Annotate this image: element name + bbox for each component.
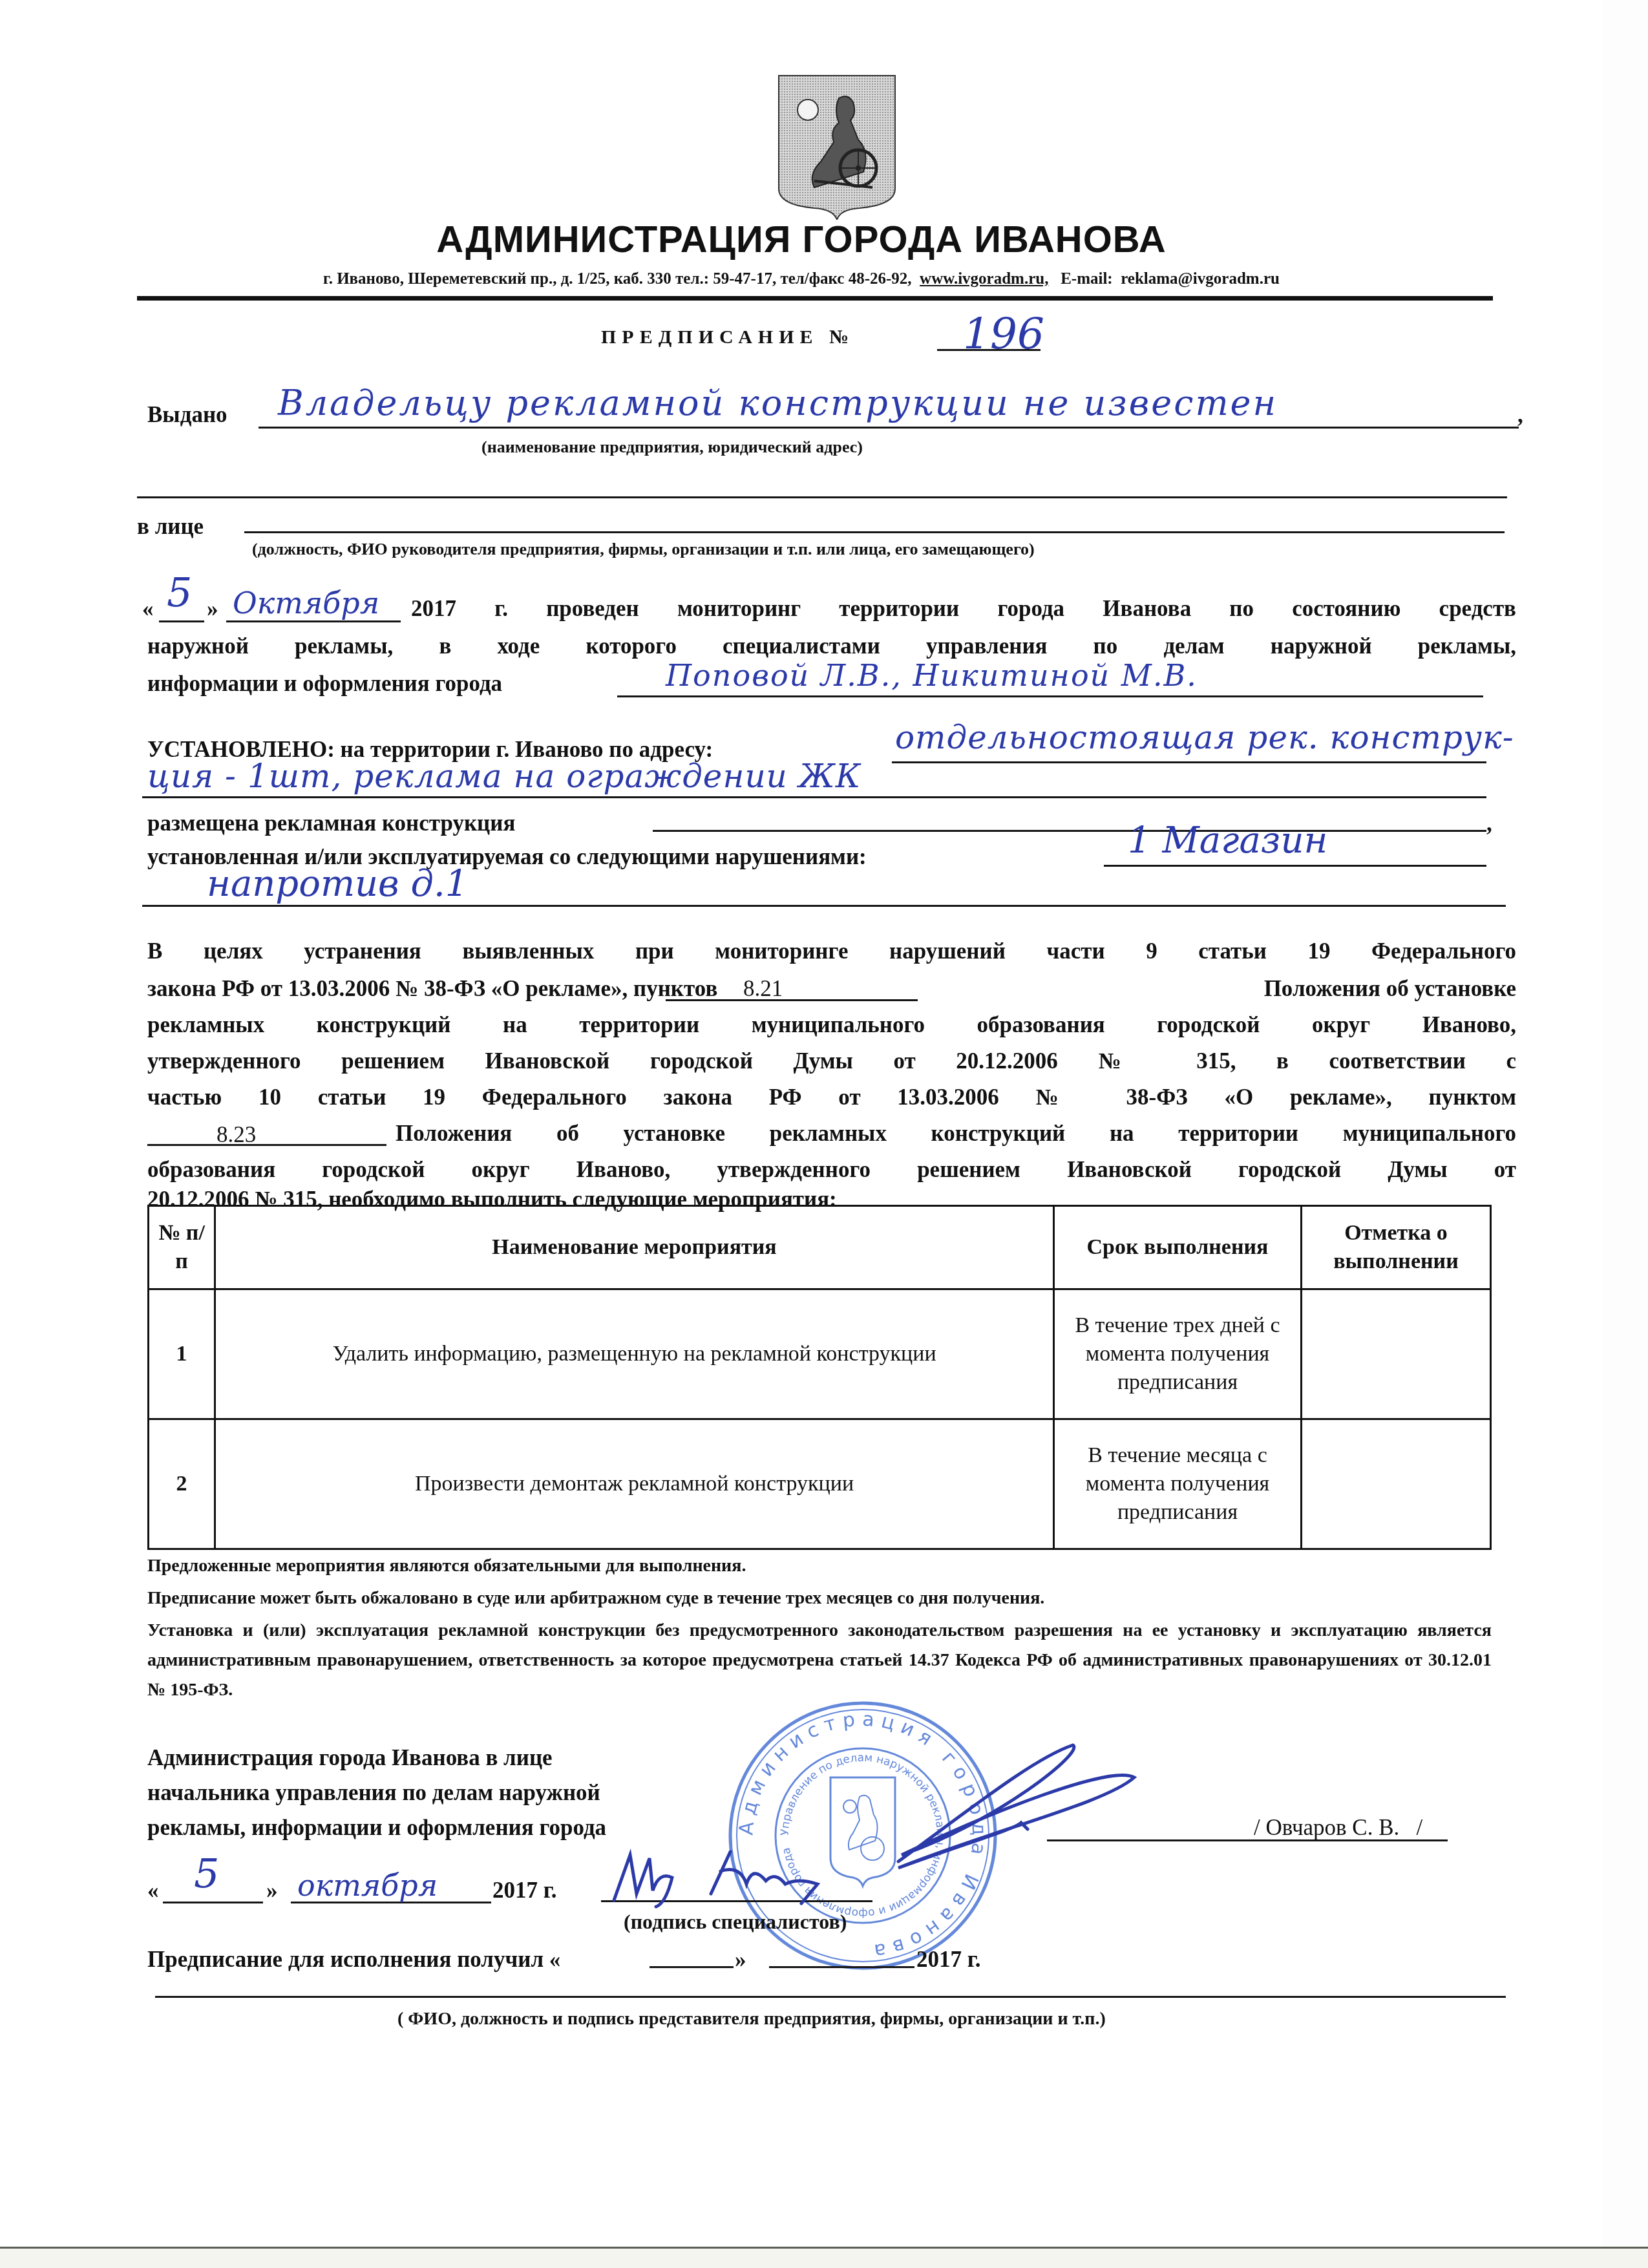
address-line-2 (142, 796, 1486, 798)
spec-month: октября (297, 1868, 438, 1903)
table-header-row: № п/п Наименование мероприятия Срок выпо… (149, 1206, 1491, 1289)
legal-line2a: закона РФ от 13.03.2006 № 38-ФЗ «О рекла… (147, 976, 717, 1002)
spec-day: 5 (194, 1850, 219, 1897)
legal-line7: образования городской округ Иваново, утв… (147, 1157, 1516, 1183)
violations-line-1 (1104, 865, 1486, 867)
website-link[interactable]: www.ivgoradm.ru, (920, 270, 1048, 288)
legal-line4: утвержденного решением Ивановской городс… (147, 1048, 1516, 1074)
note-appeal: Предписание может быть обжаловано в суде… (147, 1584, 1492, 1613)
header-completion-mark: Отметка о выполнении (1302, 1206, 1491, 1289)
signatory-line1: Администрация города Иванова в лице (147, 1745, 553, 1771)
issued-to-caption: (наименование предприятия, юридический а… (481, 438, 863, 457)
received-label: Предписание для исполнения получил « (147, 1947, 560, 1973)
header-number: № п/п (149, 1206, 215, 1289)
monitoring-day-line (159, 620, 204, 622)
note-liability: Установка и (или) эксплуатация рекламной… (147, 1616, 1492, 1705)
monitoring-line2: наружной рекламы, в ходе которого специа… (147, 633, 1516, 659)
signatory-line2: начальника управления по делам наружной (147, 1780, 600, 1806)
legal-line1: В целях устранения выявленных при монито… (147, 938, 1516, 964)
monitoring-month-line (226, 620, 401, 622)
row-completion-mark (1302, 1289, 1491, 1419)
note-mandatory: Предложенные мероприятия являются обязат… (147, 1551, 1492, 1581)
coat-of-arms-icon (776, 72, 898, 220)
legal-line2b: Положения об установке (925, 976, 1516, 1002)
received-month-line (769, 1966, 914, 1968)
spec-signature-caption: (подпись специалистов) (624, 1910, 847, 1934)
clause1-value: 8.21 (743, 976, 783, 1002)
row-number: 1 (149, 1289, 215, 1419)
header-deadline: Срок выполнения (1054, 1206, 1302, 1289)
document-page: АДМИНИСТРАЦИЯ ГОРОДА ИВАНОВА г. Иваново,… (0, 0, 1603, 2247)
issued-to-label: Выдано (147, 402, 227, 428)
signatory-line3: рекламы, информации и оформления города (147, 1815, 606, 1841)
violations-line-2 (142, 905, 1506, 907)
header-divider (137, 296, 1493, 301)
monitoring-day: 5 (167, 569, 192, 616)
spec-year: 2017 г. (492, 1878, 556, 1903)
row-action: Произвести демонтаж рекламной конструкци… (215, 1419, 1054, 1549)
monitoring-line3: информации и оформления города (147, 671, 502, 697)
issued-to-value: Владельцу рекламной конструкции не извес… (278, 383, 1278, 423)
measures-table: № п/п Наименование мероприятия Срок выпо… (147, 1205, 1492, 1550)
represented-by-label: в лице (137, 514, 204, 540)
table-row: 1 Удалить информацию, размещенную на рек… (149, 1289, 1491, 1419)
spec-close-quote: » (266, 1878, 278, 1903)
table-row: 2 Произвести демонтаж рекламной конструк… (149, 1419, 1491, 1549)
row-action: Удалить информацию, размещенную на рекла… (215, 1289, 1054, 1419)
specialists-line (617, 695, 1483, 697)
email-link[interactable]: reklama@ivgoradm.ru (1121, 270, 1280, 288)
specialists-names: Поповой Л.В., Никитиной М.В. (666, 658, 1198, 693)
email-label: E-mail: (1061, 270, 1113, 288)
contact-address: г. Иваново, Шереметевский пр., д. 1/25, … (323, 270, 912, 288)
signatory-name: / Овчаров С. В. / (1254, 1815, 1422, 1841)
issued-to-comma: , (1517, 402, 1523, 428)
spec-day-line (163, 1902, 263, 1903)
legal-line6: Положения об установке рекламных констру… (396, 1121, 1516, 1147)
row-number: 2 (149, 1419, 215, 1549)
spec-open-quote: « (147, 1878, 159, 1903)
placed-label: размещена рекламная конструкция (147, 811, 515, 836)
header-action: Наименование мероприятия (215, 1206, 1054, 1289)
address-value-1: отдельностоящая рек. конструк- (895, 719, 1514, 756)
legal-line5: частью 10 статьи 19 Федерального закона … (147, 1085, 1516, 1110)
specialists-signature-icon (601, 1842, 879, 1913)
legal-line3: рекламных конструкций на территории муни… (147, 1012, 1516, 1038)
violations-value-2: напротив д.1 (207, 863, 468, 905)
contact-line: г. Иваново, Шереметевский пр., д. 1/25, … (0, 270, 1603, 288)
notes-section: Предложенные мероприятия являются обязат… (147, 1551, 1492, 1708)
address-line-1 (892, 761, 1486, 763)
row-deadline: В течение трех дней с момента получения … (1054, 1289, 1302, 1419)
document-title: ПРЕДПИСАНИЕ № (601, 326, 854, 348)
clause2-value: 8.23 (217, 1122, 256, 1148)
represented-by-caption: (должность, ФИО руководителя предприятия… (252, 540, 1035, 559)
address-value-2: ция - 1шт, реклама на ограждении ЖК (147, 758, 861, 795)
row-deadline: В течение месяца с момента получения пре… (1054, 1419, 1302, 1549)
monitoring-close-quote: » (207, 596, 218, 622)
monitoring-line1: 2017 г. проведен мониторинг территории г… (411, 596, 1516, 622)
clause1-line (666, 999, 918, 1001)
representative-line (155, 1996, 1506, 1998)
monitoring-month: Октября (233, 586, 379, 620)
violations-value-1: 1 Магазин (1128, 820, 1327, 862)
row-completion-mark (1302, 1419, 1491, 1549)
received-close-quote: » (735, 1947, 746, 1973)
placed-line (653, 830, 1486, 832)
received-year: 2017 г. (916, 1947, 980, 1973)
represented-by-line (244, 531, 1505, 533)
issued-to-extra-line (137, 496, 1507, 498)
issued-to-line (259, 427, 1519, 429)
representative-caption: ( ФИО, должность и подпись представителя… (397, 2009, 1106, 2030)
scan-edge (0, 2247, 1648, 2268)
document-number: 196 (963, 309, 1044, 359)
monitoring-open-quote: « (142, 596, 154, 622)
clause2-line (147, 1144, 386, 1146)
organization-title: АДМИНИСТРАЦИЯ ГОРОДА ИВАНОВА (0, 218, 1603, 261)
received-day-line (650, 1966, 734, 1968)
placed-comma: , (1486, 811, 1492, 836)
